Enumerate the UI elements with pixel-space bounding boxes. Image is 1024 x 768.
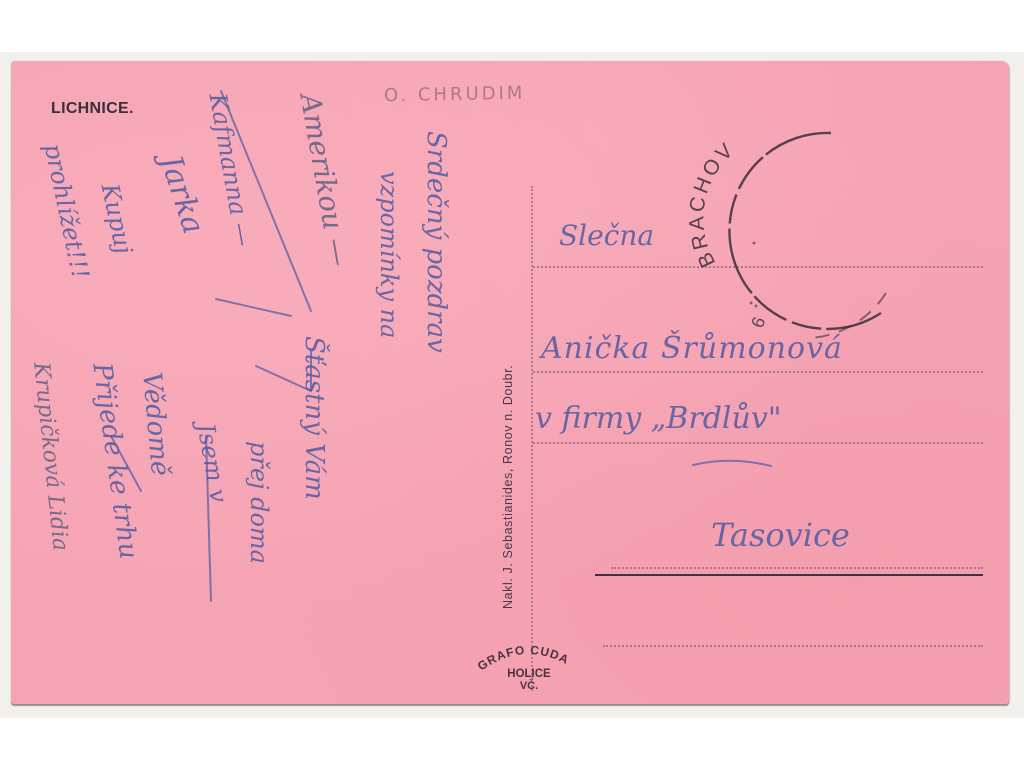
message-col-12: prohlížet!!!: [39, 141, 95, 281]
address-hand-line-2: Anička Šrůmonová: [541, 331, 843, 366]
address-underline: [595, 574, 983, 576]
postmark-date: 6: [747, 314, 769, 330]
address-hand-line-1: Slečna: [559, 219, 654, 252]
publisher-imprint: Nakl. J. Sebastianides, Ronov n. Doubr.: [501, 189, 515, 609]
message-col-5: Jarka: [153, 151, 211, 238]
message-col-4: Kafmanna —: [203, 91, 257, 249]
message-col-2: vzpomínky na: [375, 171, 403, 338]
message-col-10: Vědomě: [136, 371, 175, 477]
place-title: LICHNICE.: [51, 100, 134, 118]
address-line-3: [533, 442, 983, 444]
address-line-2: [533, 371, 983, 373]
address-hand-line-4: Tasovice: [711, 516, 850, 554]
postcard: LICHNICE. O. CHRUDIM Nakl. J. Sebastiani…: [11, 61, 1009, 704]
postmark-stamp: BRACHOV 6: [681, 123, 901, 345]
message-col-6: Šťastný Vám: [299, 336, 329, 500]
message-col-13: Krupičková Lidia: [28, 361, 73, 552]
scan-viewer: LICHNICE. O. CHRUDIM Nakl. J. Sebastiani…: [0, 0, 1024, 768]
message-col-7: Kupuj: [96, 181, 138, 256]
printer-logo-line3: VČ.: [520, 679, 538, 692]
printer-logo-line2: HOLICE: [507, 668, 551, 680]
printer-logo: GRAFO CUDA HOLICE VČ.: [473, 639, 583, 699]
message-col-11: Přijede ke trhu: [86, 361, 143, 561]
address-line-5: [603, 645, 983, 647]
address-hand-line-3: v firmy „Brdlův": [535, 401, 782, 436]
center-divider: [531, 186, 533, 691]
message-col-8: přej doma: [245, 441, 273, 564]
message-col-9: Jsem v: [191, 421, 232, 505]
pencil-annotation: O. CHRUDIM: [384, 83, 526, 106]
address-line-4: [611, 567, 983, 569]
message-col-1: Srdečný pozdrav: [421, 131, 451, 353]
message-col-3: Amerikou —: [294, 91, 357, 269]
